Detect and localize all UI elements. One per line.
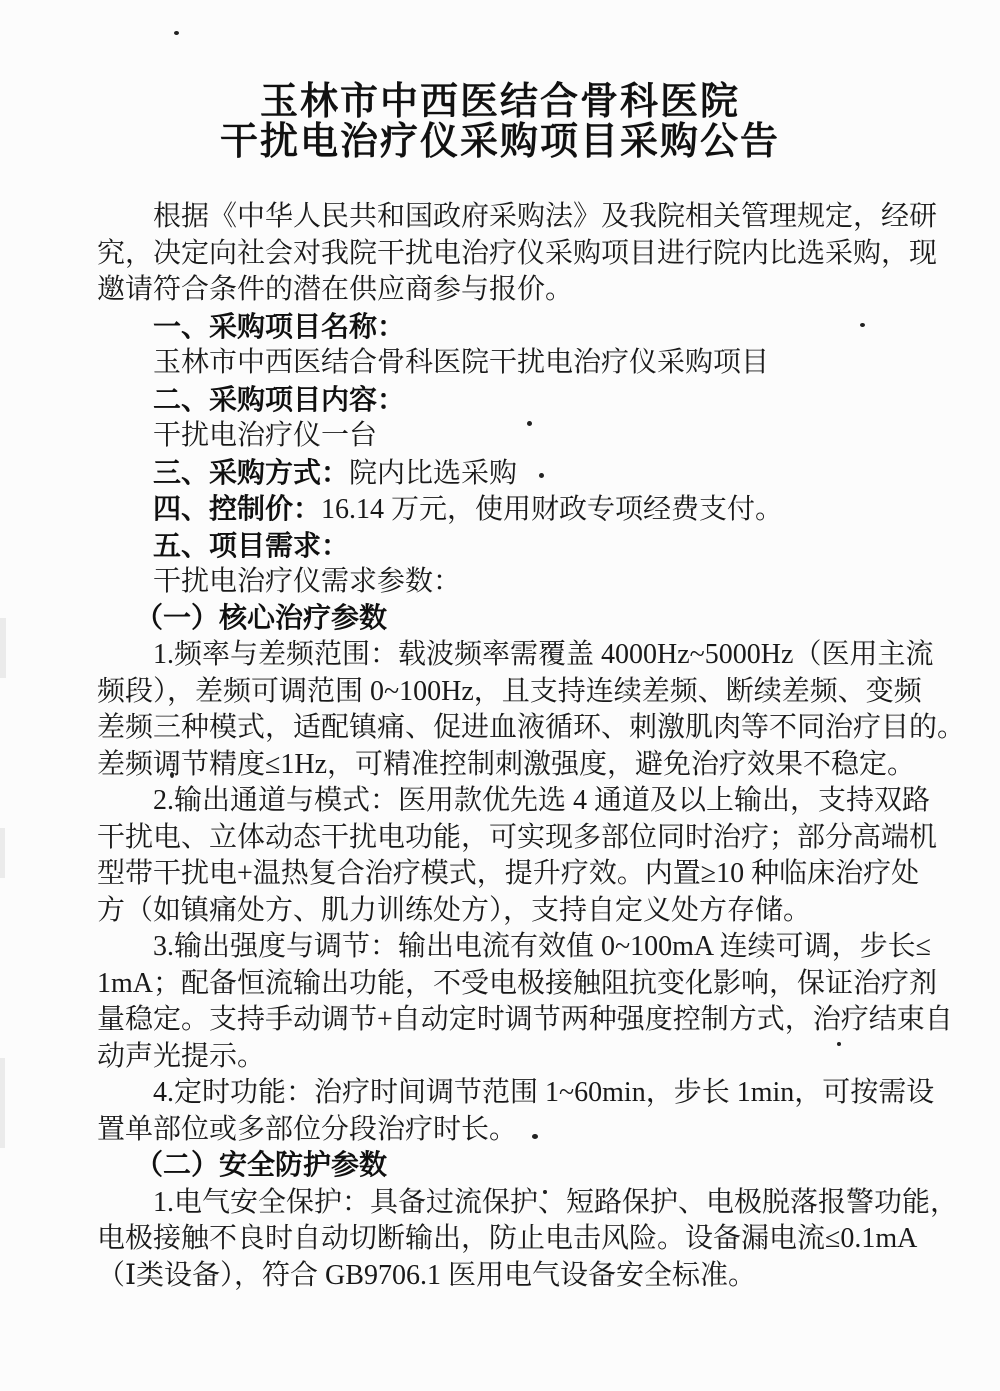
text-line: 一、采购项目名称： (97, 309, 925, 346)
text-line: 玉林市中西医结合骨科医院干扰电治疗仪采购项目 (97, 345, 925, 382)
sub-section-heading: （二）安全防护参数 (135, 1150, 387, 1181)
text-line: 1.电气安全保护：具备过流保护、短路保护、电极脱落报警功能， (97, 1185, 925, 1222)
scan-speck (527, 421, 532, 426)
body-text: 频段），差频可调范围 0~100Hz，且支持连续差频、断续差频、变频 (97, 676, 922, 707)
scan-edge-smudge (0, 618, 6, 678)
text-line: 频段），差频可调范围 0~100Hz，且支持连续差频、断续差频、变频 (97, 674, 925, 711)
text-line: 四、控制价：16.14 万元，使用财政专项经费支付。 (97, 491, 925, 528)
body-text: 玉林市中西医结合骨科医院干扰电治疗仪采购项目 (153, 347, 769, 378)
text-line: 动声光提示。 (97, 1039, 925, 1076)
section-heading: 二、采购项目内容： (153, 384, 405, 415)
text-line: 究，决定向社会对我院干扰电治疗仪采购项目进行院内比选采购，现 (97, 236, 925, 273)
body-text: 电极接触不良时自动切断输出，防止电击风险。设备漏电流≤0.1mA (97, 1223, 917, 1254)
text-line: 三、采购方式：院内比选采购 (97, 455, 925, 492)
body-text: 1.电气安全保护：具备过流保护、短路保护、电极脱落报警功能， (153, 1187, 958, 1218)
body-text: 院内比选采购 (349, 458, 517, 489)
text-line: 置单部位或多部位分段治疗时长。 (97, 1112, 925, 1149)
body-text: 1.频率与差频范围：载波频率需覆盖 4000Hz~5000Hz（医用主流 (153, 639, 933, 670)
body-text: 差频调节精度≤1Hz，可精准控制刺激强度，避免治疗效果不稳定。 (97, 749, 915, 780)
body-text: 究，决定向社会对我院干扰电治疗仪采购项目进行院内比选采购，现 (97, 238, 937, 269)
scan-speck (174, 31, 179, 35)
sub-section-heading: （一）核心治疗参数 (135, 603, 387, 634)
text-line: 差频三种模式，适配镇痛、促进血液循环、刺激肌肉等不同治疗目的。 (97, 710, 925, 747)
scan-speck (860, 323, 865, 327)
scan-speck (539, 473, 544, 478)
text-line: （Ⅰ类设备），符合 GB9706.1 医用电气设备安全标准。 (97, 1258, 925, 1295)
document-body: 根据《中华人民共和国政府采购法》及我院相关管理规定，经研究，决定向社会对我院干扰… (97, 199, 925, 1294)
text-line: 邀请符合条件的潜在供应商参与报价。 (97, 272, 925, 309)
body-text: 量稳定。支持手动调节+自动定时调节两种强度控制方式，治疗结束自 (97, 1004, 953, 1035)
section-heading: 四、控制价： (153, 493, 321, 524)
body-text: 根据《中华人民共和国政府采购法》及我院相关管理规定，经研 (153, 201, 937, 232)
text-line: 型带干扰电+温热复合治疗模式，提升疗效。内置≥10 种临床治疗处 (97, 856, 925, 893)
scan-edge-smudge (0, 828, 5, 878)
body-text: 1mA；配备恒流输出功能，不受电极接触阻抗变化影响，保证治疗剂 (97, 968, 937, 999)
scan-speck (170, 772, 174, 778)
body-text: 干扰电、立体动态干扰电功能，可实现多部位同时治疗；部分高端机 (97, 822, 937, 853)
body-text: 邀请符合条件的潜在供应商参与报价。 (97, 274, 573, 305)
text-line: 2.输出通道与模式：医用款优先选 4 通道及以上输出，支持双路 (97, 783, 925, 820)
text-line: 电极接触不良时自动切断输出，防止电击风险。设备漏电流≤0.1mA (97, 1221, 925, 1258)
document-title-line1: 玉林市中西医结合骨科医院 (0, 82, 1000, 122)
text-line: 五、项目需求： (97, 528, 925, 565)
section-heading: 五、项目需求： (153, 530, 349, 561)
text-line: 量稳定。支持手动调节+自动定时调节两种强度控制方式，治疗结束自 (97, 1002, 925, 1039)
text-line: 4.定时功能：治疗时间调节范围 1~60min，步长 1min，可按需设 (97, 1075, 925, 1112)
body-text: 干扰电治疗仪需求参数： (153, 566, 461, 597)
text-line: （一）核心治疗参数 (97, 601, 925, 638)
body-text: 干扰电治疗仪一台 (153, 420, 377, 451)
body-text: （Ⅰ类设备），符合 GB9706.1 医用电气设备安全标准。 (97, 1260, 756, 1291)
body-text: 4.定时功能：治疗时间调节范围 1~60min，步长 1min，可按需设 (153, 1077, 934, 1108)
body-text: 方（如镇痛处方、肌力训练处方），支持自定义处方存储。 (97, 895, 811, 926)
text-line: 1mA；配备恒流输出功能，不受电极接触阻抗变化影响，保证治疗剂 (97, 966, 925, 1003)
section-heading: 一、采购项目名称： (153, 311, 405, 342)
body-text: 动声光提示。 (97, 1041, 265, 1072)
text-line: 干扰电治疗仪需求参数： (97, 564, 925, 601)
text-line: 方（如镇痛处方、肌力训练处方），支持自定义处方存储。 (97, 893, 925, 930)
text-line: 1.频率与差频范围：载波频率需覆盖 4000Hz~5000Hz（医用主流 (97, 637, 925, 674)
scan-speck (837, 1042, 841, 1046)
text-line: 3.输出强度与调节：输出电流有效值 0~100mA 连续可调，步长≤ (97, 929, 925, 966)
text-line: （二）安全防护参数 (97, 1148, 925, 1185)
text-line: 干扰电治疗仪一台 (97, 418, 925, 455)
text-line: 干扰电、立体动态干扰电功能，可实现多部位同时治疗；部分高端机 (97, 820, 925, 857)
body-text: 型带干扰电+温热复合治疗模式，提升疗效。内置≥10 种临床治疗处 (97, 858, 919, 889)
scan-edge-smudge (0, 1058, 5, 1148)
body-text: 16.14 万元，使用财政专项经费支付。 (321, 494, 783, 525)
scan-speck (543, 1190, 547, 1194)
scanned-document-page: 玉林市中西医结合骨科医院 干扰电治疗仪采购项目采购公告 根据《中华人民共和国政府… (0, 0, 1000, 1391)
body-text: 差频三种模式，适配镇痛、促进血液循环、刺激肌肉等不同治疗目的。 (97, 712, 965, 743)
body-text: 2.输出通道与模式：医用款优先选 4 通道及以上输出，支持双路 (153, 785, 930, 816)
text-line: 差频调节精度≤1Hz，可精准控制刺激强度，避免治疗效果不稳定。 (97, 747, 925, 784)
text-line: 二、采购项目内容： (97, 382, 925, 419)
body-text: 置单部位或多部位分段治疗时长。 (97, 1114, 517, 1145)
scan-speck (532, 1134, 538, 1139)
document-title-line2: 干扰电治疗仪采购项目采购公告 (0, 122, 1000, 162)
body-text: 3.输出强度与调节：输出电流有效值 0~100mA 连续可调，步长≤ (153, 931, 931, 962)
section-heading: 三、采购方式： (153, 457, 349, 488)
document-title: 玉林市中西医结合骨科医院 干扰电治疗仪采购项目采购公告 (0, 82, 1000, 162)
text-line: 根据《中华人民共和国政府采购法》及我院相关管理规定，经研 (97, 199, 925, 236)
